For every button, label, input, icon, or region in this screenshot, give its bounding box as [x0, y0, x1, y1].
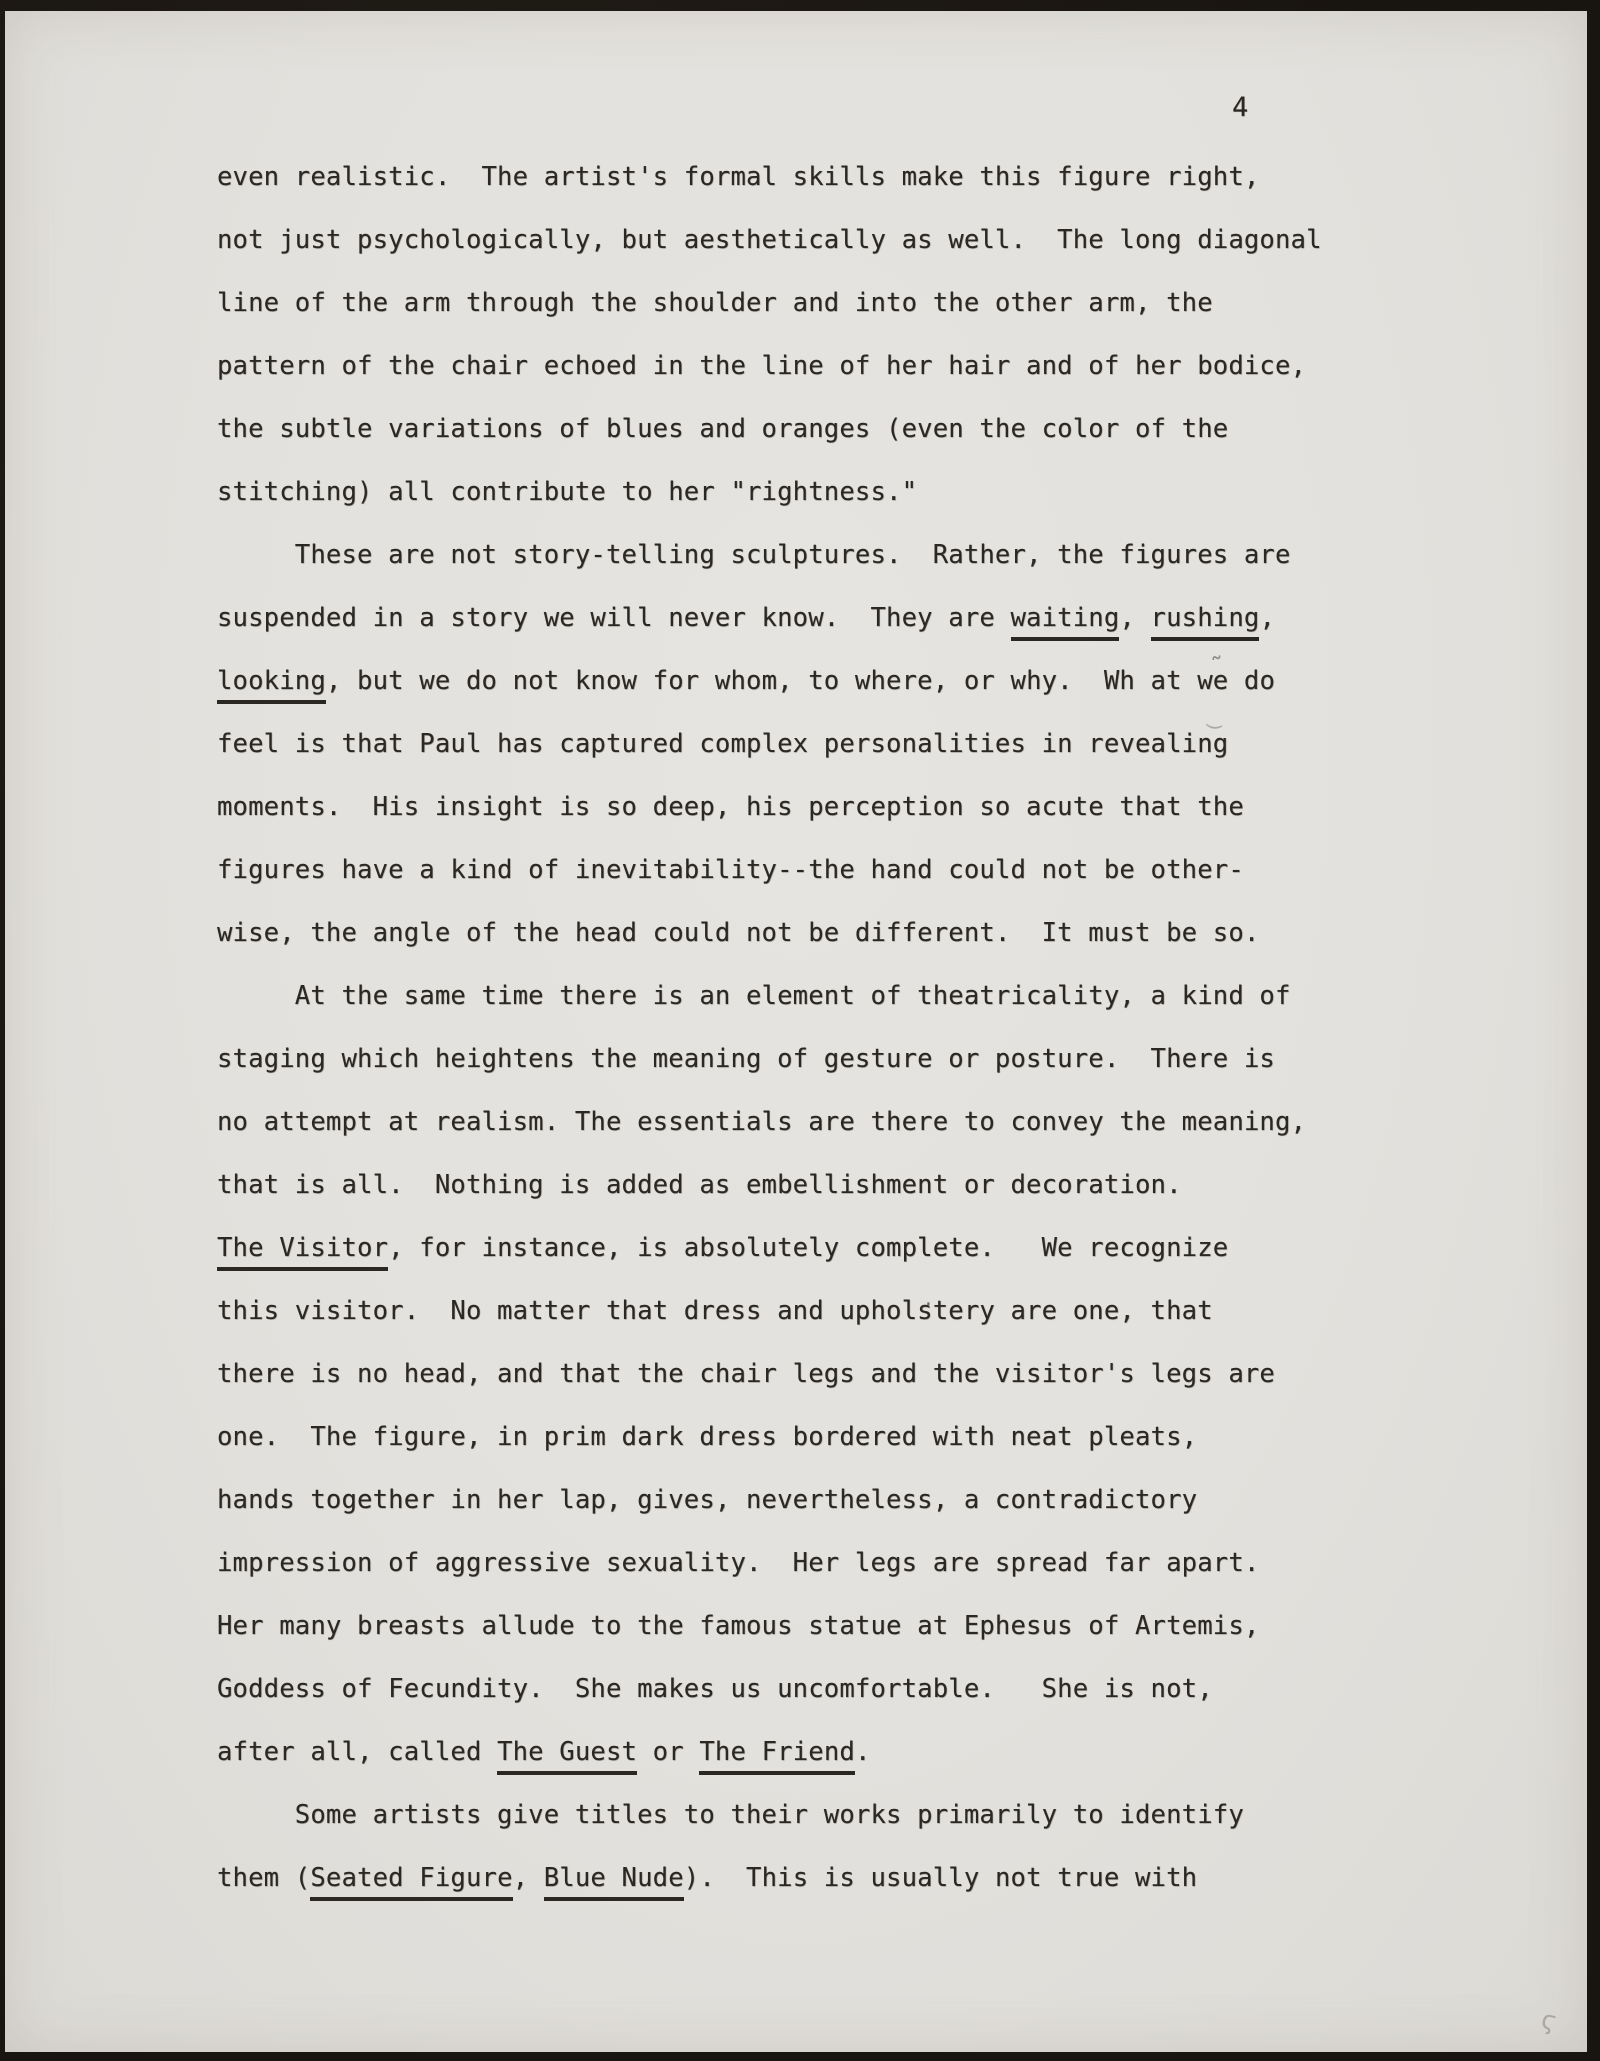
- text-segment: Goddess of Fecundity. She makes us uncom…: [217, 1674, 1213, 1704]
- stray-squiggle-mark: ϛ: [1538, 2005, 1560, 2038]
- text-segment: At the same time there is an element of …: [217, 981, 1291, 1011]
- text-line: moments. His insight is so deep, his per…: [217, 776, 1407, 839]
- text-segment: figures have a kind of inevitability--th…: [217, 855, 1244, 885]
- underlined-title: The Guest: [497, 1737, 637, 1775]
- text-segment: them (: [217, 1863, 310, 1893]
- text-segment: even realistic. The artist's formal skil…: [217, 162, 1259, 192]
- text-line: The Visitor, for instance, is absolutely…: [217, 1217, 1407, 1280]
- text-line: stitching) all contribute to her "rightn…: [217, 461, 1407, 524]
- text-segment: line of the arm through the shoulder and…: [217, 288, 1213, 318]
- photo-backdrop: 4 even realistic. The artist's formal sk…: [0, 0, 1600, 2061]
- text-segment: one. The figure, in prim dark dress bord…: [217, 1422, 1197, 1452]
- text-segment: , for instance, is absolutely complete. …: [388, 1233, 1228, 1263]
- text-segment: impression of aggressive sexuality. Her …: [217, 1548, 1259, 1578]
- underlined-title: looking: [217, 666, 326, 704]
- text-segment: .: [855, 1737, 871, 1767]
- text-segment: there is no head, and that the chair leg…: [217, 1359, 1275, 1389]
- text-line: hands together in her lap, gives, nevert…: [217, 1469, 1407, 1532]
- text-line: line of the arm through the shoulder and…: [217, 272, 1407, 335]
- text-segment: or: [637, 1737, 699, 1767]
- text-segment: stitching) all contribute to her "rightn…: [217, 477, 917, 507]
- text-segment: that is all. Nothing is added as embelli…: [217, 1170, 1182, 1200]
- text-line: one. The figure, in prim dark dress bord…: [217, 1406, 1407, 1469]
- text-line: even realistic. The artist's formal skil…: [217, 146, 1407, 209]
- text-segment: suspended in a story we will never know.…: [217, 603, 1011, 633]
- text-segment: ,: [1119, 603, 1150, 633]
- text-line: These are not story-telling sculptures. …: [217, 524, 1407, 587]
- text-line: staging which heightens the meaning of g…: [217, 1028, 1407, 1091]
- text-segment: the subtle variations of blues and orang…: [217, 414, 1228, 444]
- text-segment: , but we do not know for whom, to where,…: [326, 666, 1275, 696]
- text-segment: not just psychologically, but aesthetica…: [217, 225, 1322, 255]
- text-segment: staging which heightens the meaning of g…: [217, 1044, 1275, 1074]
- text-line: this visitor. No matter that dress and u…: [217, 1280, 1407, 1343]
- text-segment: pattern of the chair echoed in the line …: [217, 351, 1306, 381]
- text-line: Some artists give titles to their works …: [217, 1784, 1407, 1847]
- text-line: after all, called The Guest or The Frien…: [217, 1721, 1407, 1784]
- underlined-title: Seated Figure: [310, 1863, 512, 1901]
- underlined-title: rushing: [1151, 603, 1260, 641]
- text-line: Goddess of Fecundity. She makes us uncom…: [217, 1658, 1407, 1721]
- text-segment: after all, called: [217, 1737, 497, 1767]
- text-line: them (Seated Figure, Blue Nude). This is…: [217, 1847, 1407, 1910]
- text-line: Her many breasts allude to the famous st…: [217, 1595, 1407, 1658]
- text-line: suspended in a story we will never know.…: [217, 587, 1407, 650]
- text-line: pattern of the chair echoed in the line …: [217, 335, 1407, 398]
- text-line: there is no head, and that the chair leg…: [217, 1343, 1407, 1406]
- text-segment: ,: [513, 1863, 544, 1893]
- text-segment: wise, the angle of the head could not be…: [217, 918, 1259, 948]
- text-line: looking, but we do not know for whom, to…: [217, 650, 1407, 713]
- underlined-title: The Visitor: [217, 1233, 388, 1271]
- text-segment: this visitor. No matter that dress and u…: [217, 1296, 1213, 1326]
- text-segment: Some artists give titles to their works …: [217, 1800, 1244, 1830]
- underlined-title: waiting: [1011, 603, 1120, 641]
- text-line: feel is that Paul has captured complex p…: [217, 713, 1407, 776]
- text-segment: ). This is usually not true with: [684, 1863, 1197, 1893]
- text-line: not just psychologically, but aesthetica…: [217, 209, 1407, 272]
- typewritten-text-block: even realistic. The artist's formal skil…: [217, 146, 1407, 1910]
- page-number: 4: [1232, 92, 1248, 123]
- text-segment: moments. His insight is so deep, his per…: [217, 792, 1244, 822]
- text-line: that is all. Nothing is added as embelli…: [217, 1154, 1407, 1217]
- text-segment: hands together in her lap, gives, nevert…: [217, 1485, 1197, 1515]
- underlined-title: The Friend: [699, 1737, 855, 1775]
- text-line: wise, the angle of the head could not be…: [217, 902, 1407, 965]
- text-line: impression of aggressive sexuality. Her …: [217, 1532, 1407, 1595]
- text-segment: feel is that Paul has captured complex p…: [217, 729, 1228, 759]
- underlined-title: Blue Nude: [544, 1863, 684, 1901]
- text-segment: Her many breasts allude to the famous st…: [217, 1611, 1259, 1641]
- text-segment: These are not story-telling sculptures. …: [217, 540, 1291, 570]
- text-segment: ,: [1259, 603, 1275, 633]
- text-line: At the same time there is an element of …: [217, 965, 1407, 1028]
- text-line: figures have a kind of inevitability--th…: [217, 839, 1407, 902]
- text-segment: no attempt at realism. The essentials ar…: [217, 1107, 1306, 1137]
- document-page: 4 even realistic. The artist's formal sk…: [5, 11, 1587, 2052]
- text-line: the subtle variations of blues and orang…: [217, 398, 1407, 461]
- text-line: no attempt at realism. The essentials ar…: [217, 1091, 1407, 1154]
